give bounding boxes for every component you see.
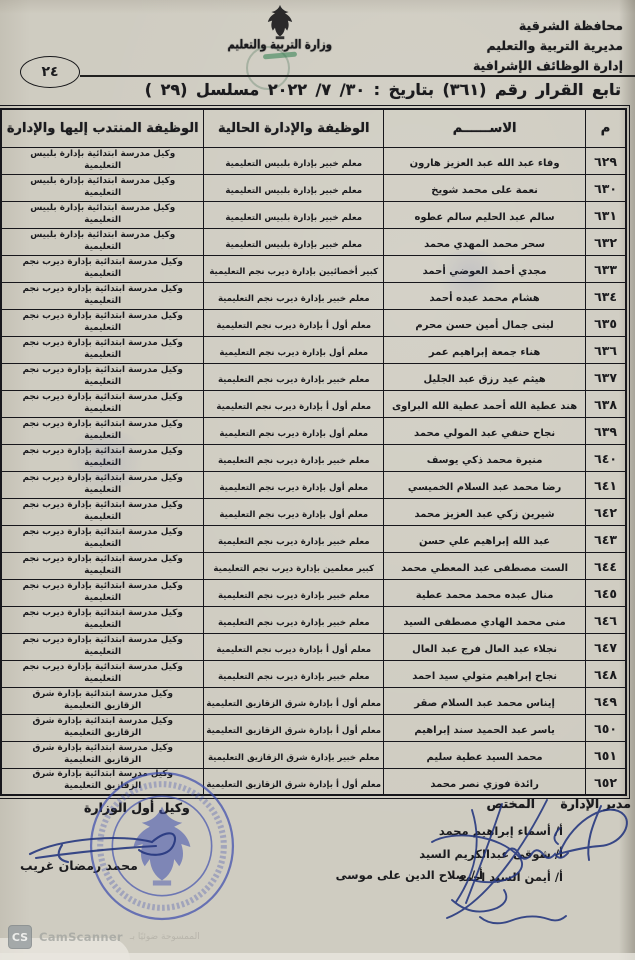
cell-name: هشام محمد عبده أحمد	[429, 293, 539, 304]
cell-name: إيناس محمد عبد السلام صقر	[414, 698, 555, 709]
cell-current-position: معلم خبير بإدارة شرق الزقازيق التعليمية	[208, 753, 380, 763]
decree-title: تابع القرار رقم (٣٦١) بتاريخ : ٣٠/ ٧/ ٢٠…	[40, 80, 621, 99]
table-row: ٦٣٤ هشام محمد عبده أحمد معلم خبير بإدارة…	[1, 282, 626, 309]
director-name: أ / صلاح الدين على موسى	[336, 868, 483, 882]
cell-assigned-position: وكيل مدرسة ابتدائية بإدارة ديرب نجم التع…	[19, 554, 187, 578]
camscanner-watermark: CS CamScanner الممسوحة ضوئيًا بـ	[8, 925, 200, 949]
logo-calligraphy: وزارة التربية والتعليم	[228, 39, 332, 53]
cell-current-position: معلم خبير بإدارة ديرب نجم التعليمية	[218, 375, 370, 385]
cell-assigned-position: وكيل مدرسة ابتدائية بإدارة بلبيس التعليم…	[19, 149, 187, 173]
cell-name: نجاح إبراهيم متولي سيد احمد	[412, 671, 557, 682]
cell-assigned-position: وكيل مدرسة ابتدائية بإدارة ديرب نجم التع…	[19, 419, 187, 443]
cell-assigned-position: وكيل مدرسة ابتدائية بإدارة ديرب نجم التع…	[19, 365, 187, 389]
cell-serial: ٦٤٠	[594, 451, 617, 466]
cell-name: منال عبده محمد محمد عطية	[416, 590, 554, 601]
cell-serial: ٦٤٢	[594, 505, 617, 520]
cell-assigned-position: وكيل مدرسة ابتدائية بإدارة ديرب نجم التع…	[19, 635, 187, 659]
cell-assigned-position: وكيل مدرسة ابتدائية بإدارة ديرب نجم التع…	[19, 257, 187, 281]
specialist-name: أ/ شوقى عبدالكريم السيد	[419, 843, 563, 866]
col-header-current-position: الوظيفة والإدارة الحالية	[218, 121, 370, 136]
official-stamp-icon	[86, 770, 238, 922]
cell-serial: ٦٤١	[594, 478, 617, 493]
cell-current-position: معلم خبير بإدارة بلبيس التعليمية	[225, 213, 362, 223]
cell-current-position: معلم أول بإدارة ديرب نجم التعليمية	[219, 483, 368, 493]
camscanner-text: CamScanner	[39, 930, 123, 944]
cell-assigned-position: وكيل مدرسة ابتدائية بإدارة ديرب نجم التع…	[19, 581, 187, 605]
cell-assigned-position: وكيل مدرسة ابتدائية بإدارة شرق الزقازيق …	[19, 743, 187, 767]
cell-name: هناء جمعة إبراهيم عمر	[429, 347, 540, 358]
camscanner-arabic-text: الممسوحة ضوئيًا بـ	[130, 932, 200, 942]
table-row: ٦٥١ محمد السيد عطية سليم معلم خبير بإدار…	[1, 741, 626, 768]
cell-serial: ٦٣٥	[594, 316, 617, 331]
cell-serial: ٦٣٩	[594, 424, 617, 439]
cell-assigned-position: وكيل مدرسة ابتدائية بإدارة ديرب نجم التع…	[19, 473, 187, 497]
camscanner-logo-icon: CS	[8, 925, 32, 949]
cell-serial: ٦٣٣	[594, 262, 617, 277]
table-body: ٦٢٩ وفاء عبد الله عبد العزيز هارون معلم …	[1, 147, 626, 795]
cell-serial: ٦٣٤	[594, 289, 617, 304]
cell-name: رضا محمد عبد السلام الخميسي	[408, 482, 561, 493]
eagle-emblem-icon	[258, 2, 302, 42]
table-row: ٦٤٠ منيرة محمد ذكي يوسف معلم خبير بإدارة…	[1, 444, 626, 471]
cell-assigned-position: وكيل مدرسة ابتدائية بإدارة بلبيس التعليم…	[19, 203, 187, 227]
table-row: ٦٥٠ ياسر عبد الحميد سند إبراهيم معلم أول…	[1, 714, 626, 741]
cell-name: شيرين زكي عبد العزيز محمد	[415, 509, 555, 520]
cell-current-position: معلم أول أ بإدارة شرق الزقازيق التعليمية	[206, 726, 381, 736]
specialist-name: أ/ أسماء إبراهيم محمد	[419, 820, 563, 843]
cell-name: نجلاء عبد العال فرج عبد العال	[412, 644, 557, 655]
cell-assigned-position: وكيل مدرسة ابتدائية بإدارة شرق الزقازيق …	[19, 716, 187, 740]
cell-current-position: معلم أول بإدارة ديرب نجم التعليمية	[219, 510, 368, 520]
cell-name: عبد الله إبراهيم علي حسن	[419, 536, 550, 547]
cell-name: نجاح حنفي عبد المولي محمد	[414, 428, 555, 439]
cell-name: هند عطية الله أحمد عطية الله البراوى	[392, 401, 577, 412]
header-line-governorate: محافظة الشرقية	[473, 16, 623, 36]
specialist-title: المختص	[486, 796, 535, 811]
cell-name: محمد السيد عطية سليم	[427, 752, 543, 763]
cell-assigned-position: وكيل مدرسة ابتدائية بإدارة ديرب نجم التع…	[19, 446, 187, 470]
staff-table: م الاســــــم الوظيفة والإدارة الحالية ا…	[0, 108, 627, 796]
cell-name: منى محمد الهادي مصطفى السيد	[403, 617, 565, 628]
col-header-serial: م	[601, 121, 611, 136]
cell-name: الست مصطفى عبد المعطي محمد	[401, 563, 568, 574]
cell-serial: ٦٣٢	[594, 235, 617, 250]
col-header-name: الاســــــم	[453, 121, 517, 136]
cell-serial: ٦٥٠	[594, 721, 617, 736]
cell-name: نعمة على محمد شويخ	[431, 185, 538, 196]
cell-assigned-position: وكيل مدرسة ابتدائية بإدارة ديرب نجم التع…	[19, 500, 187, 524]
cell-assigned-position: وكيل مدرسة ابتدائية بإدارة ديرب نجم التع…	[19, 311, 187, 335]
table-row: ٦٣٩ نجاح حنفي عبد المولي محمد معلم أول ب…	[1, 417, 626, 444]
cell-current-position: معلم أول أ بإدارة ديرب نجم التعليمية	[216, 321, 371, 331]
table-row: ٦٣٠ نعمة على محمد شويخ معلم خبير بإدارة …	[1, 174, 626, 201]
cell-name: هيثم عيد رزق عبد الجليل	[423, 374, 545, 385]
cell-name: رائدة فوزي نصر محمد	[430, 779, 539, 790]
cell-name: منيرة محمد ذكي يوسف	[427, 455, 543, 466]
table-row: ٦٤٣ عبد الله إبراهيم علي حسن معلم خبير ب…	[1, 525, 626, 552]
cell-assigned-position: وكيل مدرسة ابتدائية بإدارة ديرب نجم التع…	[19, 662, 187, 686]
cell-name: لبنى جمال أمين حسن محرم	[415, 320, 553, 331]
table-row: ٦٤٩ إيناس محمد عبد السلام صقر معلم أول أ…	[1, 687, 626, 714]
cell-serial: ٦٣٠	[594, 181, 617, 196]
cell-assigned-position: وكيل مدرسة ابتدائية بإدارة ديرب نجم التع…	[19, 392, 187, 416]
col-header-assigned-position: الوظيفة المنتدب إليها والإدارة	[7, 121, 199, 136]
cell-serial: ٦٣٨	[594, 397, 617, 412]
table-header-row: م الاســــــم الوظيفة والإدارة الحالية ا…	[1, 109, 626, 147]
table-row: ٦٢٩ وفاء عبد الله عبد العزيز هارون معلم …	[1, 147, 626, 174]
cell-serial: ٦٤٣	[594, 532, 617, 547]
cell-current-position: معلم خبير بإدارة ديرب نجم التعليمية	[218, 591, 370, 601]
table-row: ٦٤٥ منال عبده محمد محمد عطية معلم خبير ب…	[1, 579, 626, 606]
table-row: ٦٣٢ سحر محمد المهدي محمد معلم خبير بإدار…	[1, 228, 626, 255]
table-row: ٦٤٧ نجلاء عبد العال فرج عبد العال معلم أ…	[1, 633, 626, 660]
header-office-lines: محافظة الشرقية مديرية التربية والتعليم إ…	[473, 16, 623, 76]
table-row: ٦٤٦ منى محمد الهادي مصطفى السيد معلم خبي…	[1, 606, 626, 633]
cell-current-position: معلم أول أ بإدارة شرق الزقازيق التعليمية	[206, 699, 381, 709]
cell-serial: ٦٥٢	[594, 775, 617, 790]
scanned-decree-page: محافظة الشرقية مديرية التربية والتعليم إ…	[0, 0, 635, 960]
cell-current-position: معلم خبير بإدارة بلبيس التعليمية	[225, 240, 362, 250]
cell-serial: ٦٣١	[594, 208, 617, 223]
cell-serial: ٦٤٥	[594, 586, 617, 601]
header-line-department: إدارة الوظائف الإشرافية	[473, 56, 623, 76]
cell-serial: ٦٤٤	[594, 559, 617, 574]
cell-serial: ٦٤٩	[594, 694, 617, 709]
cell-serial: ٦٢٩	[594, 154, 617, 169]
corner-number: ٢٤	[41, 64, 58, 80]
table-row: ٦٣٣ مجدي أحمد العوضي أحمد كبير أخصائيين …	[1, 255, 626, 282]
cell-serial: ٦٥١	[594, 748, 617, 763]
cell-serial: ٦٣٧	[594, 370, 617, 385]
cell-current-position: معلم خبير بإدارة ديرب نجم التعليمية	[218, 618, 370, 628]
table-row: ٦٣١ سالم عبد الحليم سالم عطوه معلم خبير …	[1, 201, 626, 228]
cell-name: مجدي أحمد العوضي أحمد	[423, 266, 547, 277]
header-divider	[80, 75, 635, 77]
cell-current-position: معلم خبير بإدارة ديرب نجم التعليمية	[218, 537, 370, 547]
cell-current-position: معلم خبير بإدارة ديرب نجم التعليمية	[218, 672, 370, 682]
cell-current-position: معلم خبير بإدارة ديرب نجم التعليمية	[218, 294, 370, 304]
cell-serial: ٦٤٧	[594, 640, 617, 655]
table-row: ٦٤١ رضا محمد عبد السلام الخميسي معلم أول…	[1, 471, 626, 498]
cell-current-position: معلم أول أ بإدارة ديرب نجم التعليمية	[216, 645, 371, 655]
table-row: ٦٣٥ لبنى جمال أمين حسن محرم معلم أول أ ب…	[1, 309, 626, 336]
table-row: ٦٤٢ شيرين زكي عبد العزيز محمد معلم أول ب…	[1, 498, 626, 525]
scan-edge	[0, 953, 635, 960]
cell-serial: ٦٣٦	[594, 343, 617, 358]
cell-name: سحر محمد المهدي محمد	[424, 239, 545, 250]
table-row: ٦٤٨ نجاح إبراهيم متولي سيد احمد معلم خبي…	[1, 660, 626, 687]
cell-current-position: معلم أول أ بإدارة ديرب نجم التعليمية	[216, 402, 371, 412]
cell-assigned-position: وكيل مدرسة ابتدائية بإدارة ديرب نجم التع…	[19, 608, 187, 632]
cell-current-position: معلم خبير بإدارة بلبيس التعليمية	[225, 186, 362, 196]
cell-serial: ٦٤٨	[594, 667, 617, 682]
director-title: مدير الإدارة	[560, 796, 631, 811]
table-row: ٦٤٤ الست مصطفى عبد المعطي محمد كبير معلم…	[1, 552, 626, 579]
cell-current-position: معلم خبير بإدارة بلبيس التعليمية	[225, 159, 362, 169]
table-row: ٦٣٧ هيثم عيد رزق عبد الجليل معلم خبير بإ…	[1, 363, 626, 390]
cell-current-position: كبير معلمين بإدارة ديرب نجم التعليمية	[213, 564, 374, 574]
cell-assigned-position: وكيل مدرسة ابتدائية بإدارة ديرب نجم التع…	[19, 338, 187, 362]
cell-serial: ٦٤٦	[594, 613, 617, 628]
cell-name: ياسر عبد الحميد سند إبراهيم	[414, 725, 555, 736]
cell-assigned-position: وكيل مدرسة ابتدائية بإدارة شرق الزقازيق …	[19, 689, 187, 713]
cell-current-position: معلم خبير بإدارة ديرب نجم التعليمية	[218, 456, 370, 466]
ministry-logo: وزارة التربية والتعليم	[228, 2, 332, 58]
cell-assigned-position: وكيل مدرسة ابتدائية بإدارة ديرب نجم التع…	[19, 284, 187, 308]
cell-name: سالم عبد الحليم سالم عطوه	[415, 212, 555, 223]
header-line-directorate: مديرية التربية والتعليم	[473, 36, 623, 56]
table-row: ٦٣٦ هناء جمعة إبراهيم عمر معلم أول بإدار…	[1, 336, 626, 363]
cell-current-position: معلم أول بإدارة ديرب نجم التعليمية	[219, 429, 368, 439]
cell-name: وفاء عبد الله عبد العزيز هارون	[410, 158, 560, 169]
table-row: ٦٣٨ هند عطية الله أحمد عطية الله البراوى…	[1, 390, 626, 417]
cell-assigned-position: وكيل مدرسة ابتدائية بإدارة ديرب نجم التع…	[19, 527, 187, 551]
cell-assigned-position: وكيل مدرسة ابتدائية بإدارة بلبيس التعليم…	[19, 230, 187, 254]
cell-current-position: كبير أخصائيين بإدارة ديرب نجم التعليمية	[209, 267, 378, 277]
cell-current-position: معلم أول بإدارة ديرب نجم التعليمية	[219, 348, 368, 358]
cell-assigned-position: وكيل مدرسة ابتدائية بإدارة بلبيس التعليم…	[19, 176, 187, 200]
